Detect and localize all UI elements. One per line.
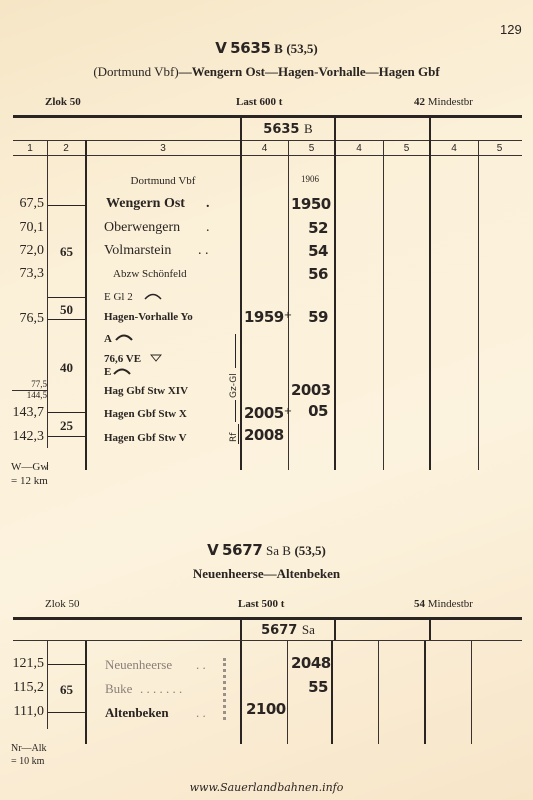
arrival-time: 1959+ <box>244 308 292 326</box>
km-value: 115,2 <box>0 680 44 696</box>
train-detail: (53,5) <box>286 41 317 56</box>
arrival-time: 2005+ <box>244 404 292 422</box>
zlok-label: Zlok 50 <box>45 598 80 610</box>
divider <box>287 641 288 744</box>
divider <box>424 641 426 744</box>
km-value: 73,3 <box>0 266 44 282</box>
bracket-line <box>238 424 239 444</box>
mindestbr-label: 42 Mindestbr <box>414 96 473 108</box>
segment-mark <box>48 412 85 413</box>
divider <box>331 641 333 744</box>
km-value: 143,7 <box>0 405 44 421</box>
signal-label: A <box>104 333 112 345</box>
wavy-line-icon <box>218 658 226 720</box>
divider <box>85 140 87 470</box>
divider <box>478 140 479 470</box>
curve-icon <box>113 367 131 375</box>
last-label: Last 600 t <box>236 96 282 108</box>
station-name: Neuenheerse <box>105 657 172 673</box>
km-value: 142,3 <box>0 429 44 445</box>
train-suffix: B <box>274 41 283 56</box>
bracket-line <box>235 334 236 368</box>
divider <box>429 140 431 470</box>
zlok-label: Zlok 50 <box>45 96 81 108</box>
gz-gl-label: Gz-Gl <box>229 373 239 398</box>
col-header-5: 5 <box>288 143 335 154</box>
station-name: Oberwengern <box>104 220 180 236</box>
divider <box>47 140 48 448</box>
train-number: 5635 <box>230 39 271 57</box>
bracket-line <box>235 400 236 422</box>
station-name: Hagen Gbf Stw X <box>104 408 187 420</box>
train-column-header: 5677 Sa <box>242 622 334 638</box>
timetable-2-route: Neuenheerse—Altenbeken <box>0 566 533 582</box>
train-number: 5677 <box>222 541 263 559</box>
col-header-5c: 5 <box>478 143 521 154</box>
segment-mark <box>48 319 85 320</box>
speed-limit: 50 <box>48 302 85 318</box>
station-name: Hagen-Vorhalle Yo <box>104 311 193 323</box>
departure-time: 1950 <box>291 195 328 213</box>
divider <box>240 641 242 744</box>
station-name: Volmarstein <box>104 243 171 259</box>
station-name: Abzw Schönfeld <box>113 268 187 280</box>
distance-note: Nr—Alk = 10 km <box>11 742 47 768</box>
station-name: Altenbeken <box>105 705 169 721</box>
col-header-1: 1 <box>13 143 47 154</box>
segment-mark <box>48 436 85 437</box>
train-column-header: 5635 B <box>242 121 334 137</box>
col-header-4c: 4 <box>430 143 478 154</box>
km-value: 144,5 <box>11 390 47 400</box>
station-name: Hagen Gbf Stw V <box>104 432 187 444</box>
station-name: Hag Gbf Stw XIV <box>104 385 188 397</box>
departure-time: 54 <box>291 242 328 260</box>
km-value: 67,5 <box>0 196 44 212</box>
segment-mark <box>48 297 85 298</box>
speed-limit: 25 <box>48 418 85 434</box>
departure-time: 59 <box>291 308 328 326</box>
km-value: 72,0 <box>0 243 44 259</box>
divider <box>334 620 336 640</box>
departure-time: 05 <box>291 402 328 420</box>
train-prefix: V <box>215 39 226 57</box>
col-header-4: 4 <box>241 143 288 154</box>
curve-icon <box>115 333 133 341</box>
station-name: Buke <box>105 681 132 697</box>
divider <box>429 620 431 640</box>
divider <box>334 118 336 140</box>
divider <box>383 140 384 470</box>
col-header-3: 3 <box>85 143 241 154</box>
divider <box>240 140 242 470</box>
timetable-2-title: V 5677 Sa B (53,5) <box>0 541 533 560</box>
divider <box>334 140 336 470</box>
divider <box>429 118 431 140</box>
train-detail: (53,5) <box>294 543 325 558</box>
origin-departure: 1906 <box>288 174 332 184</box>
col-header-4b: 4 <box>335 143 383 154</box>
last-label: Last 500 t <box>238 598 284 610</box>
distance-note: W—Gw = 12 km <box>11 460 48 488</box>
table-top-rule <box>13 617 522 620</box>
route-main: —Wengern Ost—Hagen-Vorhalle—Hagen Gbf <box>179 64 440 79</box>
departure-time: 2048 <box>291 654 328 672</box>
station-name: Wengern Ost <box>106 196 185 212</box>
column-number-rule <box>13 155 522 156</box>
page-number: 129 <box>500 22 522 37</box>
signal-label: E Gl 2 <box>104 291 133 303</box>
header-rule <box>13 640 522 641</box>
route-main: Neuenheerse—Altenbeken <box>193 566 340 581</box>
table-top-rule <box>13 115 522 118</box>
curve-icon <box>144 292 162 300</box>
signal-label: E <box>104 366 111 378</box>
segment-mark <box>48 664 85 665</box>
timetable-1-route: (Dortmund Vbf)—Wengern Ost—Hagen-Vorhall… <box>0 64 533 80</box>
segment-mark <box>48 205 85 206</box>
signal-label: 76,6 VE <box>104 353 141 365</box>
km-value: 121,5 <box>0 656 44 672</box>
arrival-time: 2008 <box>244 426 284 444</box>
col-header-2: 2 <box>47 143 85 154</box>
speed-limit: 65 <box>48 682 85 698</box>
km-value: 111,0 <box>0 704 44 720</box>
departure-time: 52 <box>291 219 328 237</box>
departure-time: 56 <box>291 265 328 283</box>
mindestbr-label: 54 Mindestbr <box>414 598 473 610</box>
station-origin: Dortmund Vbf <box>85 175 241 187</box>
departure-time: 2003 <box>291 381 328 399</box>
divider <box>85 641 87 744</box>
timetable-1-title: V 5635 B (53,5) <box>0 39 533 58</box>
segment-mark <box>48 712 85 713</box>
divider <box>378 641 379 744</box>
header-rule <box>13 140 522 141</box>
arrival-time: 2100 <box>246 700 286 718</box>
col-header-5b: 5 <box>383 143 430 154</box>
speed-limit: 65 <box>48 244 85 260</box>
route-prefix: (Dortmund Vbf) <box>93 64 178 79</box>
km-value: 76,5 <box>0 311 44 327</box>
triangle-down-icon <box>150 354 162 362</box>
departure-time: 55 <box>291 678 328 696</box>
speed-limit: 40 <box>48 360 85 376</box>
km-value: 70,1 <box>0 220 44 236</box>
divider <box>471 641 472 744</box>
watermark-link: www.Sauerlandbahnen.info <box>0 781 533 794</box>
km-value: 77,5 <box>11 379 47 389</box>
train-suffix: Sa B <box>266 543 291 558</box>
train-prefix: V <box>207 541 218 559</box>
